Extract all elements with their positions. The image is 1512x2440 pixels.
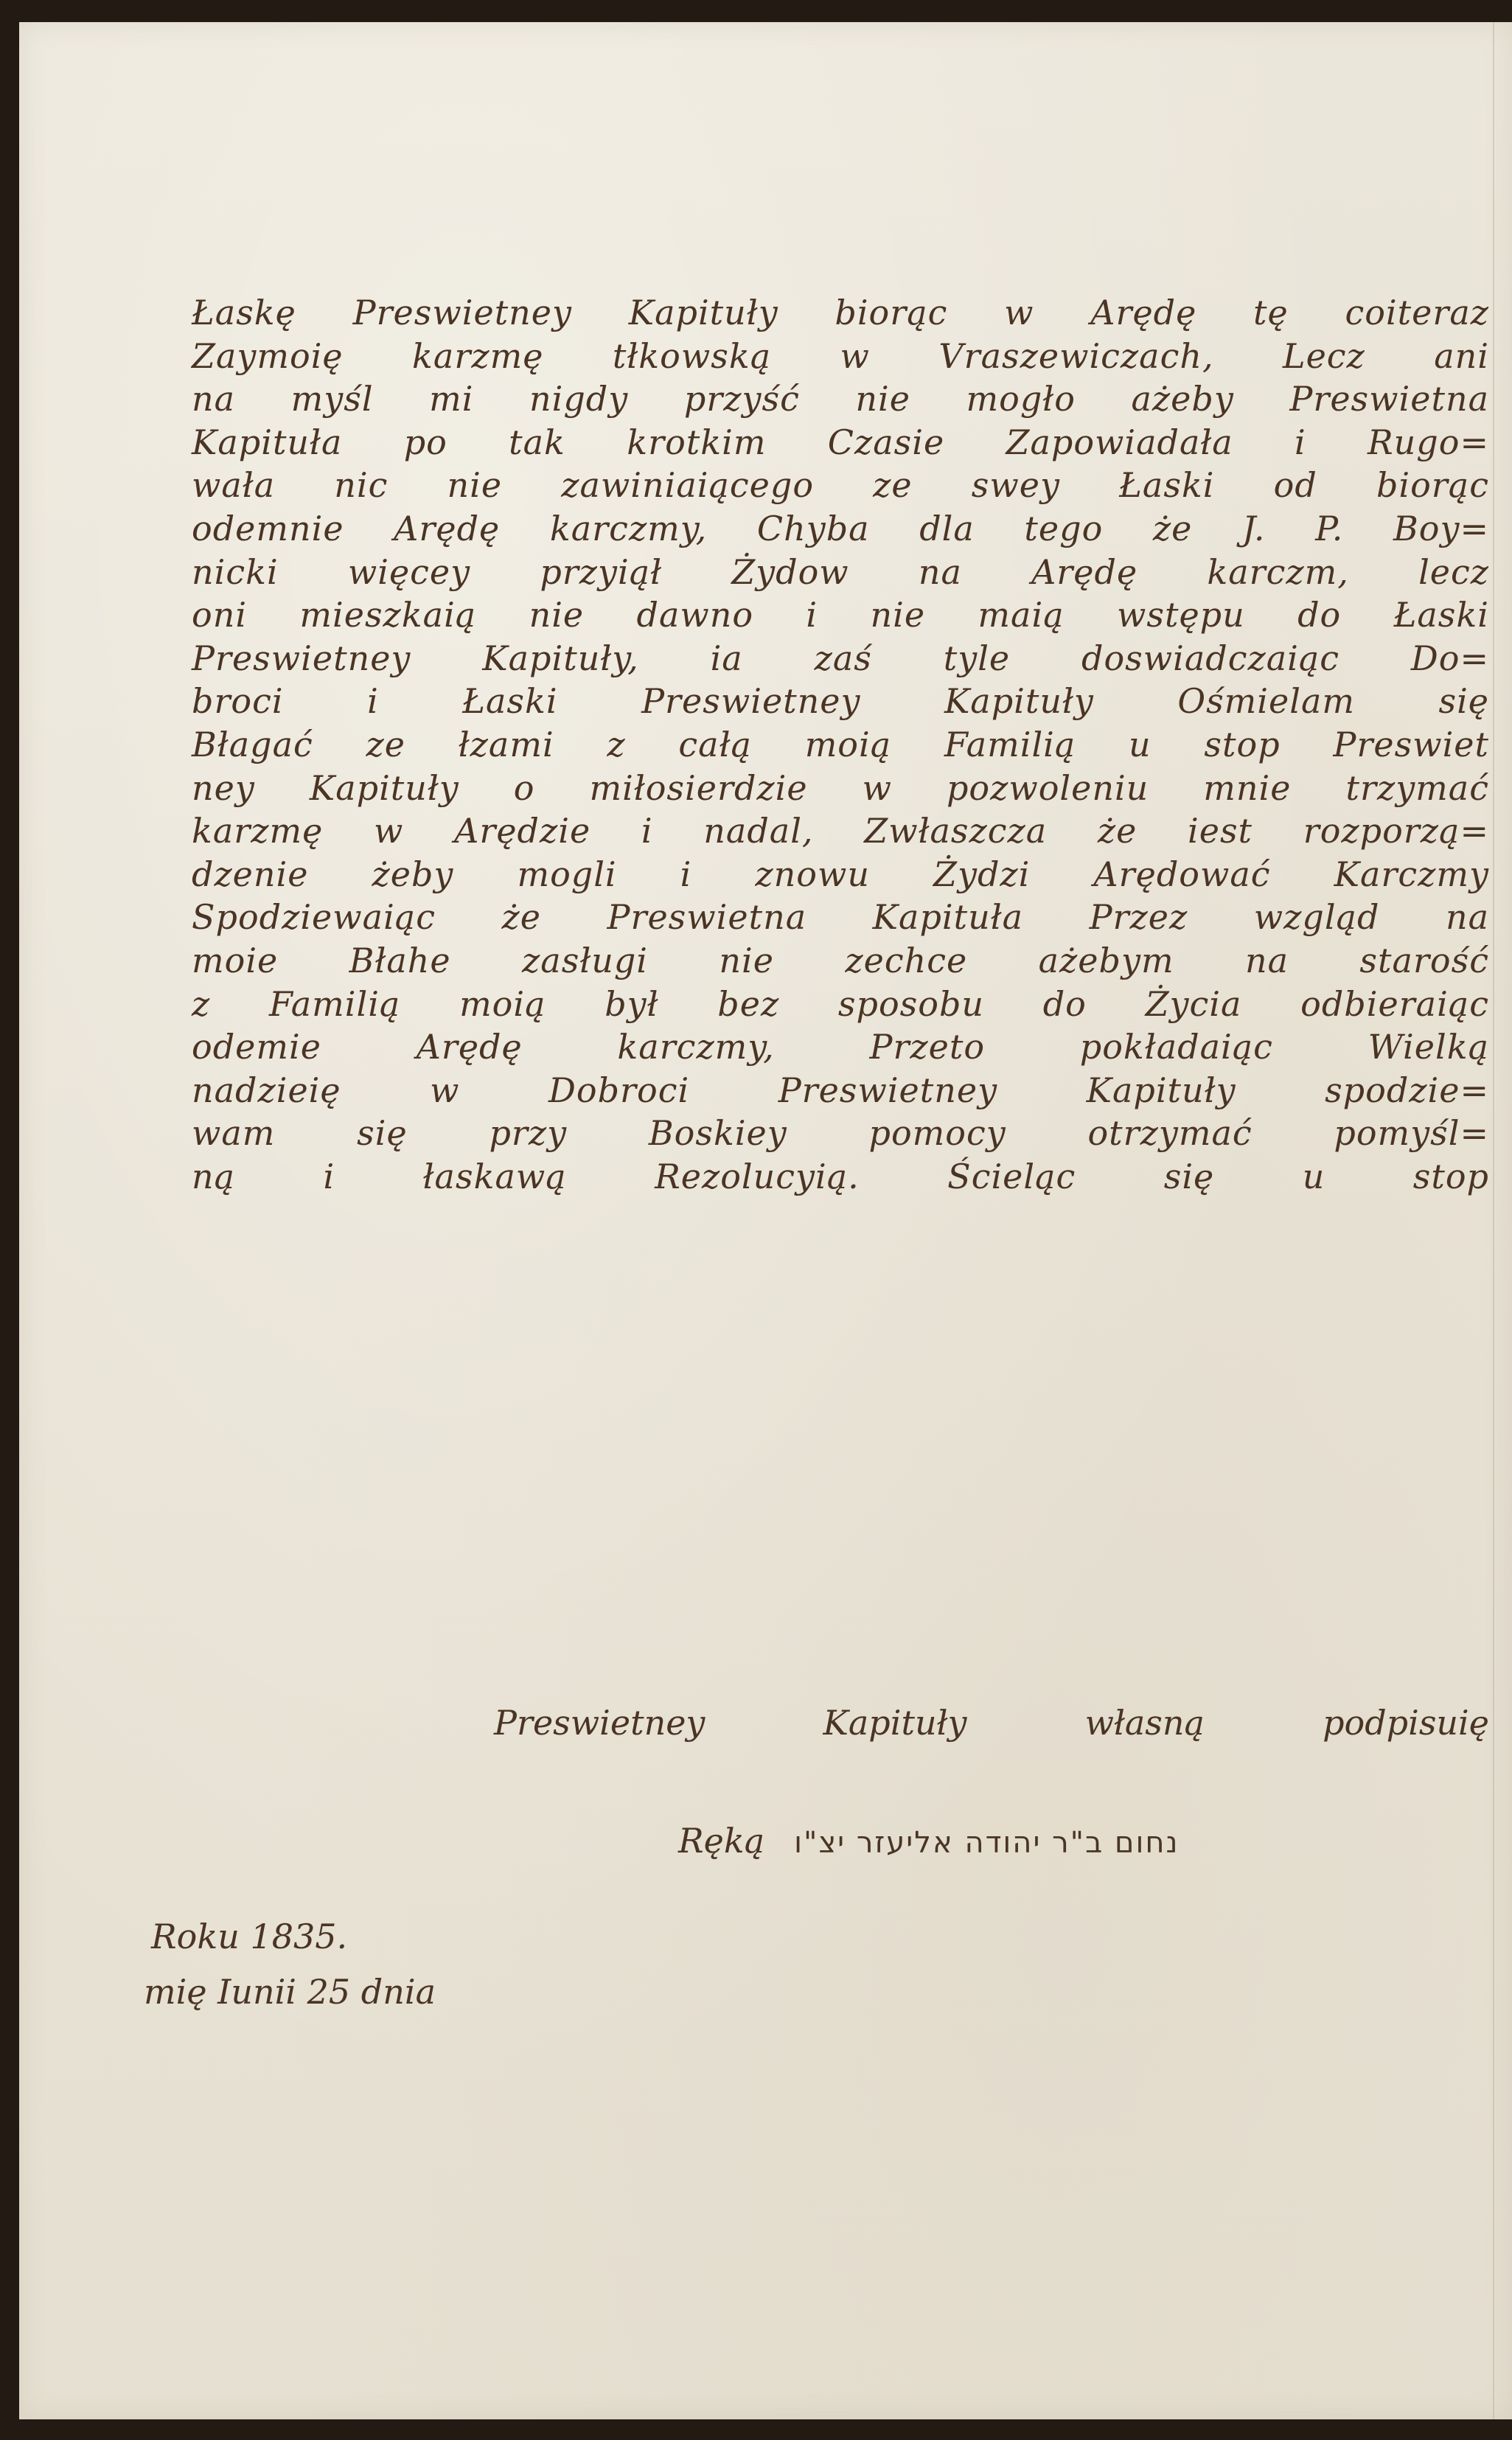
signature-hebrew: נחום ב"ר יהודה אליעזר יצ"ו — [794, 1826, 1179, 1860]
letter-line: odemie Arędę karczmy, Przeto pokładaiąc … — [192, 1025, 1489, 1069]
letter-line: oni mieszkaią nie dawno i nie maią wstęp… — [192, 593, 1489, 637]
closing-line: Preswietney Kapituły własną podpisuię — [494, 1703, 1489, 1743]
letter-line: dzenie żeby mogli i znowu Żydzi Arędować… — [192, 853, 1489, 896]
letter-line: nicki więcey przyiął Żydow na Arędę karc… — [192, 551, 1489, 594]
letter-line: na myśl mi nigdy przyść nie mogło ażeby … — [192, 377, 1489, 421]
letter-line: nadzieię w Dobroci Preswietney Kapituły … — [192, 1069, 1489, 1112]
date-day: mię Iunii 25 dnia — [144, 1965, 436, 2020]
letter-line: z Familią moią był bez sposobu do Życia … — [192, 983, 1489, 1026]
letter-line: Zaymoię karzmę tłkowską w Vraszewiczach,… — [192, 335, 1489, 378]
letter-line: Kapituła po tak krotkim Czasie Zapowiada… — [192, 421, 1489, 464]
signature-block: Ręką נחום ב"ר יהודה אליעזר יצ"ו — [678, 1821, 1489, 1861]
letter-line: ney Kapituły o miłosierdzie w pozwoleniu… — [192, 767, 1489, 810]
letter-line: moie Błahe zasługi nie zechce ażebym na … — [192, 939, 1489, 983]
letter-line: wam się przy Boskiey pomocy otrzymać pom… — [192, 1112, 1489, 1155]
date-block: Roku 1835. mię Iunii 25 dnia — [144, 1909, 436, 2020]
letter-line: odemnie Arędę karczmy, Chyba dla tego że… — [192, 507, 1489, 551]
letter-line: karzmę w Arędzie i nadal, Zwłaszcza że i… — [192, 809, 1489, 853]
letter-line: Preswietney Kapituły, ia zaś tyle doswia… — [192, 637, 1489, 680]
letter-line: broci i Łaski Preswietney Kapituły Ośmie… — [192, 680, 1489, 723]
letter-line: Błagać ze łzami z całą moią Familią u st… — [192, 723, 1489, 767]
letter-line: Łaskę Preswietney Kapituły biorąc w Aręd… — [192, 291, 1489, 335]
date-year: Roku 1835. — [144, 1909, 436, 1965]
letter-body: Łaskę Preswietney Kapituły biorąc w Aręd… — [192, 291, 1489, 1198]
paper-edge-fold — [1493, 22, 1494, 2419]
signature-prefix: Ręką — [678, 1821, 764, 1861]
letter-line: Spodziewaiąc że Preswietna Kapituła Prze… — [192, 896, 1489, 939]
letter-line: ną i łaskawą Rezolucyią. Ścieląc się u s… — [192, 1155, 1489, 1199]
letter-line: wała nic nie zawiniaiącego ze swey Łaski… — [192, 464, 1489, 507]
